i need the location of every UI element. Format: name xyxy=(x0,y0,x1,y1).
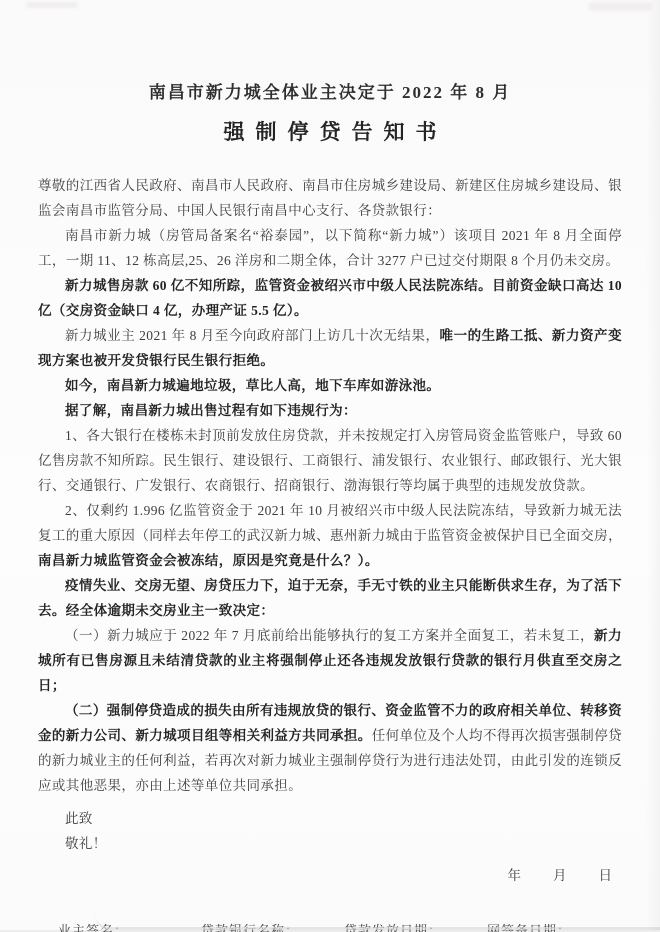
paragraph: 2、仅剩约 1.996 亿监管资金于 2021 年 10 月被绍兴市中级人民法院… xyxy=(38,498,622,573)
text-run: （一）新力城应于 2022 年 7 月底前给出能够执行的复工方案并全面复工，若未… xyxy=(65,628,594,643)
document-title-line2: 强制停贷告知书 xyxy=(0,116,660,146)
document-page: 南昌市新力城全体业主决定于 2022 年 8 月 强制停贷告知书 尊敬的江西省人… xyxy=(0,0,660,930)
text-run: 据了解，南昌新力城出售过程有如下违规行为： xyxy=(65,403,357,418)
paragraph: （二）强制停贷造成的损失由所有违规放贷的银行、资金监管不力的政府相关单位、转移资… xyxy=(38,698,622,798)
paragraph: 疫情失业、交房无望、房贷压力下，迫于无奈，手无寸铁的业主只能断供求生存，为了活下… xyxy=(38,573,622,623)
closing-line-jingli: 敬礼！ xyxy=(38,831,622,856)
text-run: 此致 xyxy=(65,811,93,826)
text-run: 2、仅剩约 1.996 亿监管资金于 2021 年 10 月被绍兴市中级人民法院… xyxy=(38,503,622,543)
paragraph: 南昌市新力城（房管局备案名“裕泰园”，以下简称“新力城”）该项目 2021 年 … xyxy=(38,223,622,273)
page-bottom-edge xyxy=(95,915,660,930)
text-run: 新力城业主 2021 年 8 月至今向政府部门上访几十次无结果， xyxy=(65,328,440,343)
text-run: 新力城售房款 60 亿不知所踪，监管资金被绍兴市中级人民法院冻结。目前资金缺口高… xyxy=(38,278,622,318)
text-run: 尊敬的江西省人民政府、南昌市人民政府、南昌市住房城乡建设局、新建区住房城乡建设局… xyxy=(38,178,622,218)
text-run: 敬礼！ xyxy=(65,836,107,851)
text-run: 如今，南昌新力城遍地垃圾，草比人高，地下车库如游泳池。 xyxy=(65,378,440,393)
paragraph: 新力城业主 2021 年 8 月至今向政府部门上访几十次无结果，唯一的生路工抵、… xyxy=(38,323,622,373)
month-label: 月 xyxy=(553,864,567,884)
document-title-line1: 南昌市新力城全体业主决定于 2022 年 8 月 xyxy=(0,78,660,103)
paragraph: 1、各大银行在楼栋未封顶前发放住房贷款，并未按规定打入房管局资金监管账户，导致 … xyxy=(38,423,622,498)
paragraph: （一）新力城应于 2022 年 7 月底前给出能够执行的复工方案并全面复工，若未… xyxy=(38,623,622,698)
salutation: 尊敬的江西省人民政府、南昌市人民政府、南昌市住房城乡建设局、新建区住房城乡建设局… xyxy=(38,173,622,223)
paragraph: 据了解，南昌新力城出售过程有如下违规行为： xyxy=(38,398,622,423)
text-run: 南昌新力城监管资金会被冻结，原因是究竟是什么？）。 xyxy=(38,553,379,568)
scan-artifact-top-right xyxy=(588,2,652,11)
year-label: 年 xyxy=(508,864,522,884)
text-run: 疫情失业、交房无望、房贷压力下，迫于无奈，手无寸铁的业主只能断供求生存，为了活下… xyxy=(38,578,622,618)
day-label: 日 xyxy=(599,864,613,884)
text-run: 南昌市新力城（房管局备案名“裕泰园”，以下简称“新力城”）该项目 2021 年 … xyxy=(38,228,622,268)
scan-artifact-top-left xyxy=(26,2,78,8)
date-line: 年月日 xyxy=(0,864,612,884)
paragraph: 新力城售房款 60 亿不知所踪，监管资金被绍兴市中级人民法院冻结。目前资金缺口高… xyxy=(38,273,622,323)
document-body: 尊敬的江西省人民政府、南昌市人民政府、南昌市住房城乡建设局、新建区住房城乡建设局… xyxy=(38,173,622,856)
paragraph: 如今，南昌新力城遍地垃圾，草比人高，地下车库如游泳池。 xyxy=(38,373,622,398)
text-run: 1、各大银行在楼栋未封顶前发放住房贷款，并未按规定打入房管局资金监管账户，导致 … xyxy=(38,428,622,493)
closing-line-cizhi: 此致 xyxy=(38,806,622,831)
